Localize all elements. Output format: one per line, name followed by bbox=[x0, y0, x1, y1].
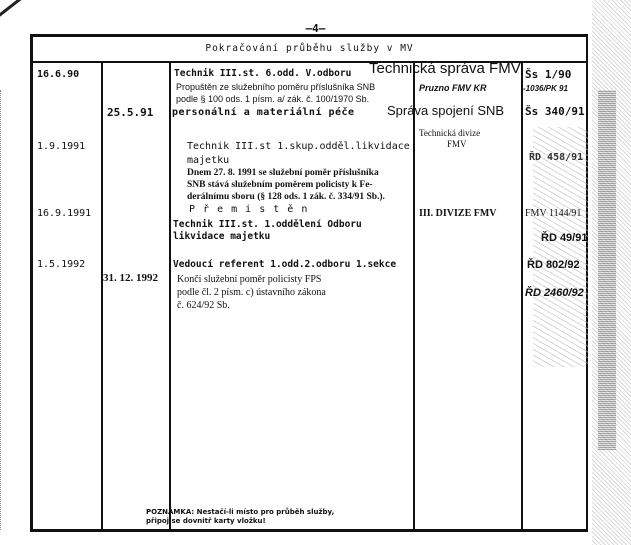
row5-note-line1: Končí služební poměr policisty FPS bbox=[177, 274, 321, 286]
row1-order-handwritten: -1036/PK 91 bbox=[523, 83, 568, 95]
row3-note-line4: P ř e m i s t ě n bbox=[189, 204, 308, 216]
footer-note-line2: připoj se dovnitř karty vložku! bbox=[146, 517, 334, 526]
row4-order-line2: ŘD 49/91 bbox=[541, 232, 587, 244]
scan-left-edge bbox=[0, 90, 5, 530]
row1-unit: Technická správa FMV bbox=[369, 63, 521, 75]
row3-unit-line2: FMV bbox=[447, 138, 467, 150]
column-divider bbox=[101, 61, 103, 529]
row2-date-to: 25.5.91 bbox=[107, 107, 153, 119]
row4-unit: III. DIVIZE FMV bbox=[419, 208, 497, 220]
row2-position: personální a materiální péče bbox=[172, 107, 355, 119]
row1-date-from: 16.6.90 bbox=[37, 69, 79, 81]
row3-note-line2: SNB stává služebním poměrem policisty k … bbox=[187, 179, 373, 191]
row3-position-line1: Technik III.st 1.skup.odděl.likvidace bbox=[187, 141, 410, 153]
footer-note: POZNÁMKA: Nestačí-li místo pro průběh sl… bbox=[146, 508, 334, 526]
row4-order-line1: FMV 1144/91 bbox=[525, 208, 581, 220]
row5-note-line3: č. 624/92 Sb. bbox=[177, 300, 230, 312]
row2-unit: Správa spojení SNB bbox=[387, 105, 504, 117]
row5-order-line2: ŘD 2460/92 bbox=[525, 287, 584, 299]
row3-note-line3: derálnímu sboru (§ 128 ods. 1 zák. č. 33… bbox=[187, 191, 385, 203]
row2-order: Šs 340/91 bbox=[525, 106, 585, 118]
row1-note-line1: Propuštěn ze služebního poměru příslušní… bbox=[176, 81, 375, 93]
row1-unit-handwritten: Pruzno FMV KR bbox=[419, 82, 487, 94]
column-divider bbox=[169, 61, 171, 529]
column-divider bbox=[521, 61, 523, 529]
row3-date-from: 1.9.1991 bbox=[37, 141, 85, 153]
row5-position: Vedoucí referent 1.odd.2.odboru 1.sekce bbox=[173, 259, 396, 271]
row4-position-line2: likvidace majetku bbox=[173, 231, 270, 243]
corner-fold-line bbox=[0, 0, 82, 21]
footer-note-line1: POZNÁMKA: Nestačí-li místo pro průběh sl… bbox=[146, 508, 334, 517]
scan-noise-edge-dark bbox=[598, 90, 616, 450]
row5-date-to: 31. 12. 1992 bbox=[103, 272, 158, 284]
row1-note-line2: podle § 100 ods. 1 písm. a/ zák. č. 100/… bbox=[176, 93, 369, 105]
row1-order: Šs 1/90 bbox=[525, 69, 571, 81]
row5-order-line1: ŘD 802/92 bbox=[527, 259, 580, 271]
row5-date-from: 1.5.1992 bbox=[37, 259, 85, 271]
row4-position-line1: Technik III.st. 1.oddělení Odboru bbox=[173, 219, 362, 231]
row3-position-line2: majetku bbox=[187, 155, 229, 167]
service-record-table: Pokračování průběhu služby v MV 16.6.90 … bbox=[30, 34, 588, 532]
row1-position: Technik III.st. 6.odd. V.odboru bbox=[174, 68, 351, 80]
row4-date-from: 16.9.1991 bbox=[37, 208, 91, 220]
row5-note-line2: podle čl. 2 písm. c) ústavního zákona bbox=[177, 287, 326, 299]
row3-order: ŘD 458/91 bbox=[529, 152, 583, 164]
row3-note-line1: Dnem 27. 8. 1991 se služební poměr přísl… bbox=[187, 167, 379, 179]
column-divider bbox=[413, 61, 415, 531]
